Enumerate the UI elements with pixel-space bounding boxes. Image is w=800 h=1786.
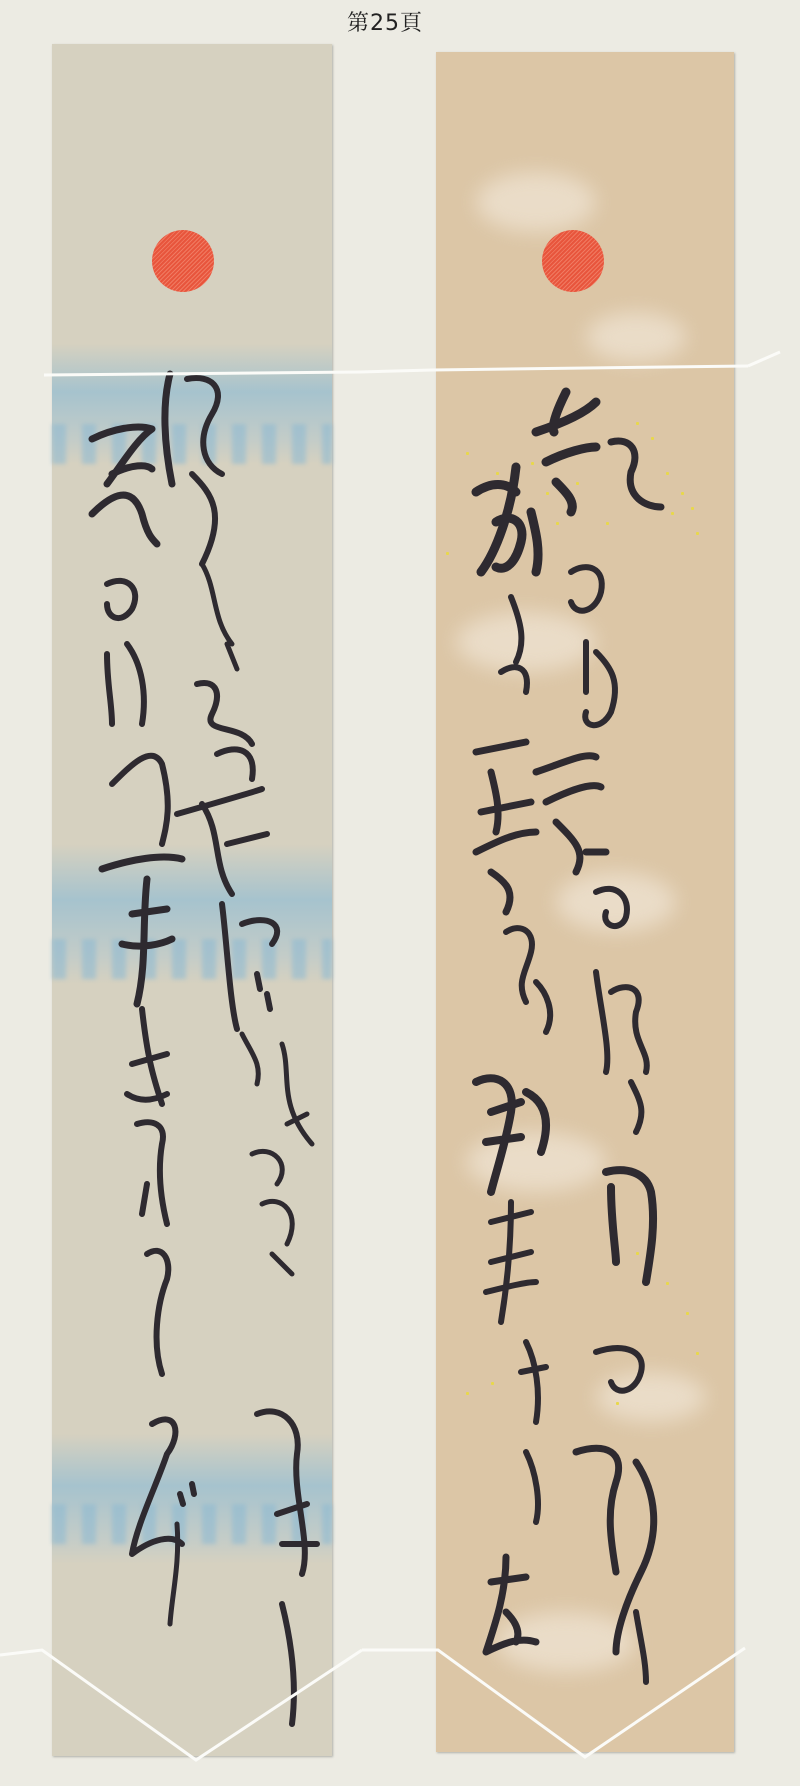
tanzaku-strip-left [52, 44, 332, 1756]
calligraphy-left [52, 44, 332, 1756]
string-top-middle [360, 370, 432, 372]
poem-transcription-right-col1: 都のよき君の姿を月の影 [0, 0, 1, 1]
calligraphy-right [436, 52, 734, 1752]
poem-transcription-left-col1: 隠れ家に訪ふ時ぞ嬉しき [0, 0, 1, 1]
poem-transcription-right-col2: 花を慕ひて眺めまゐりけれ [0, 0, 1, 1]
string-top-end [748, 352, 780, 366]
page-label: 第25頁 [0, 6, 770, 37]
tanzaku-strip-right [436, 52, 734, 1752]
poem-transcription-left-col2: 君の住ん ますす 月のゆげ 君 [0, 0, 1, 1]
